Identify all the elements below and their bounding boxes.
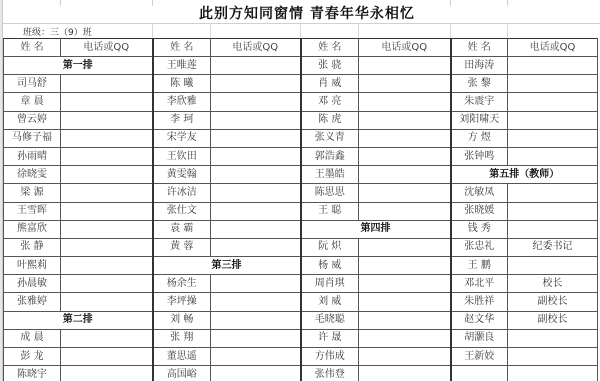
table-row: 张 静黄 蓉阮 炽张忠礼纪委书记 bbox=[4, 238, 598, 256]
name-cell[interactable]: 胡灏良 bbox=[451, 329, 508, 347]
phone-cell[interactable] bbox=[508, 257, 598, 275]
header-name: 姓 名 bbox=[153, 39, 211, 57]
phone-cell[interactable] bbox=[359, 93, 451, 111]
name-cell[interactable]: 叶熙莉 bbox=[4, 257, 61, 275]
phone-cell[interactable] bbox=[61, 184, 153, 202]
phone-cell[interactable] bbox=[508, 329, 598, 347]
phone-cell[interactable] bbox=[61, 75, 153, 93]
phone-cell[interactable] bbox=[508, 57, 598, 75]
phone-cell[interactable] bbox=[508, 184, 598, 202]
name-cell[interactable]: 钱 秀 bbox=[451, 220, 508, 238]
table-row: 曾云婷李 珂陈 虎刘阳啸天 bbox=[4, 111, 598, 129]
table-row: 王雪晖张仕文王 聪张晓媛 bbox=[4, 202, 598, 220]
sheet-title: 此别方知同窗情 青春年华永相忆 bbox=[199, 3, 415, 23]
name-cell[interactable]: 方 煜 bbox=[451, 129, 508, 147]
phone-cell[interactable] bbox=[359, 147, 451, 165]
name-cell[interactable]: 王雪晖 bbox=[4, 202, 61, 220]
phone-cell[interactable] bbox=[211, 57, 301, 75]
phone-cell[interactable] bbox=[61, 111, 153, 129]
name-cell[interactable]: 李欣雅 bbox=[153, 93, 211, 111]
name-cell[interactable]: 曾云婷 bbox=[4, 111, 61, 129]
roster-table: 姓 名 电话或QQ 姓 名 电话或QQ 姓 名 电话或QQ 姓 名 电话或QQ … bbox=[3, 38, 598, 381]
name-cell[interactable]: 孙雨晴 bbox=[4, 147, 61, 165]
name-cell[interactable]: 李 珂 bbox=[153, 111, 211, 129]
grid-line bbox=[300, 24, 301, 38]
phone-cell[interactable] bbox=[359, 329, 451, 347]
name-cell[interactable]: 张钟鸣 bbox=[451, 147, 508, 165]
table-row: 马修子福宋学友张义青方 煜 bbox=[4, 129, 598, 147]
class-info-row: 班级：三（9）班 bbox=[3, 24, 600, 38]
grid-line bbox=[507, 0, 508, 6]
phone-cell[interactable] bbox=[508, 111, 598, 129]
phone-cell[interactable] bbox=[211, 238, 301, 256]
table-row: 徐晓雯黄雯翰王墨皓第五排（教师） bbox=[4, 166, 598, 184]
name-cell[interactable]: 周肖琪 bbox=[301, 275, 359, 293]
phone-cell[interactable] bbox=[359, 111, 451, 129]
phone-cell[interactable] bbox=[61, 293, 153, 311]
header-phone: 电话或QQ bbox=[61, 39, 153, 57]
name-cell[interactable]: 阮 炽 bbox=[301, 238, 359, 256]
name-cell[interactable]: 董思遥 bbox=[153, 348, 211, 366]
spreadsheet: 此别方知同窗情 青春年华永相忆 班级：三（9）班 姓 名 电话或QQ 姓 名 电… bbox=[0, 0, 600, 381]
table-row: 彭 龙董思遥方伟成王新姣 bbox=[4, 348, 598, 366]
phone-cell[interactable] bbox=[508, 366, 598, 381]
name-cell[interactable]: 黄雯翰 bbox=[153, 166, 211, 184]
name-cell[interactable]: 陈晓宇 bbox=[4, 366, 61, 381]
phone-cell[interactable] bbox=[359, 184, 451, 202]
table-row: 司马舒陈 曦肖 威张 黎 bbox=[4, 75, 598, 93]
name-cell[interactable]: 马修子福 bbox=[4, 129, 61, 147]
table-row: 第二排刘 畅毛晓聪赵文华副校长 bbox=[4, 311, 598, 329]
name-cell[interactable]: 张 翔 bbox=[153, 329, 211, 347]
table-row: 梁 源许冰洁陈思思沈敏凤 bbox=[4, 184, 598, 202]
phone-cell[interactable] bbox=[359, 257, 451, 275]
name-cell[interactable]: 成 晨 bbox=[4, 329, 61, 347]
phone-cell[interactable]: 纪委书记 bbox=[508, 238, 598, 256]
name-cell[interactable]: 司马舒 bbox=[4, 75, 61, 93]
name-cell[interactable]: 杨 威 bbox=[301, 257, 359, 275]
section-heading[interactable]: 第五排（教师） bbox=[451, 166, 598, 184]
grid-line bbox=[60, 0, 61, 6]
name-cell[interactable]: 张 骁 bbox=[301, 57, 359, 75]
phone-cell[interactable] bbox=[359, 129, 451, 147]
name-cell[interactable]: 陈思思 bbox=[301, 184, 359, 202]
name-cell[interactable]: 王 鹏 bbox=[451, 257, 508, 275]
title-row: 此别方知同窗情 青春年华永相忆 bbox=[3, 0, 600, 24]
name-cell[interactable]: 朱胜祥 bbox=[451, 293, 508, 311]
phone-cell[interactable] bbox=[359, 75, 451, 93]
grid-line bbox=[152, 0, 153, 6]
phone-cell[interactable] bbox=[508, 220, 598, 238]
name-cell[interactable]: 张仕文 bbox=[153, 202, 211, 220]
phone-cell[interactable] bbox=[508, 129, 598, 147]
phone-cell[interactable] bbox=[61, 202, 153, 220]
header-name: 姓 名 bbox=[4, 39, 61, 57]
header-phone: 电话或QQ bbox=[508, 39, 598, 57]
name-cell[interactable]: 王新姣 bbox=[451, 348, 508, 366]
phone-cell[interactable] bbox=[61, 275, 153, 293]
phone-cell[interactable] bbox=[508, 93, 598, 111]
phone-cell[interactable] bbox=[359, 238, 451, 256]
phone-cell[interactable] bbox=[359, 275, 451, 293]
table-row: 章 晨李欣雅邓 亮朱震宇 bbox=[4, 93, 598, 111]
name-cell[interactable]: 许冰洁 bbox=[153, 184, 211, 202]
name-cell[interactable]: 邓北平 bbox=[451, 275, 508, 293]
name-cell[interactable]: 刘阳啸天 bbox=[451, 111, 508, 129]
name-cell[interactable]: 孙晨敏 bbox=[4, 275, 61, 293]
name-cell[interactable]: 刘 威 bbox=[301, 293, 359, 311]
name-cell[interactable]: 徐晓雯 bbox=[4, 166, 61, 184]
name-cell[interactable]: 章 晨 bbox=[4, 93, 61, 111]
phone-cell[interactable] bbox=[211, 129, 301, 147]
phone-cell[interactable] bbox=[211, 75, 301, 93]
name-cell[interactable]: 毛晓聪 bbox=[301, 311, 359, 329]
phone-cell[interactable] bbox=[359, 57, 451, 75]
name-cell[interactable]: 王 聪 bbox=[301, 202, 359, 220]
phone-cell[interactable] bbox=[359, 366, 451, 381]
name-cell[interactable]: 王钦田 bbox=[153, 147, 211, 165]
header-phone: 电话或QQ bbox=[359, 39, 451, 57]
name-cell[interactable]: 张义青 bbox=[301, 129, 359, 147]
phone-cell[interactable]: 校长 bbox=[508, 275, 598, 293]
section-heading[interactable]: 第二排 bbox=[4, 311, 153, 329]
roster-body: 第一排王唯莲张 骁田海涛司马舒陈 曦肖 威张 黎章 晨李欣雅邓 亮朱震宇曾云婷李… bbox=[4, 57, 598, 381]
header-name: 姓 名 bbox=[451, 39, 508, 57]
class-label: 班级：三（9）班 bbox=[23, 25, 92, 38]
phone-cell[interactable] bbox=[61, 329, 153, 347]
phone-cell[interactable] bbox=[359, 293, 451, 311]
section-heading[interactable]: 第三排 bbox=[153, 257, 301, 275]
name-cell[interactable]: 梁 源 bbox=[4, 184, 61, 202]
table-row: 张雅婷李坪操刘 威朱胜祥副校长 bbox=[4, 293, 598, 311]
table-row: 叶熙莉第三排杨 威王 鹏 bbox=[4, 257, 598, 275]
table-row: 熊富欣袁 霸第四排钱 秀 bbox=[4, 220, 598, 238]
phone-cell[interactable] bbox=[211, 111, 301, 129]
name-cell[interactable]: 赵文华 bbox=[451, 311, 508, 329]
phone-cell[interactable] bbox=[211, 184, 301, 202]
phone-cell[interactable] bbox=[61, 93, 153, 111]
phone-cell[interactable] bbox=[211, 166, 301, 184]
phone-cell[interactable]: 副校长 bbox=[508, 293, 598, 311]
phone-cell[interactable] bbox=[211, 93, 301, 111]
name-cell[interactable]: 陈 曦 bbox=[153, 75, 211, 93]
name-cell[interactable]: 方伟成 bbox=[301, 348, 359, 366]
name-cell[interactable]: 张 黎 bbox=[451, 75, 508, 93]
name-cell[interactable]: 田海涛 bbox=[451, 57, 508, 75]
name-cell[interactable]: 刘 畅 bbox=[153, 311, 211, 329]
phone-cell[interactable] bbox=[61, 220, 153, 238]
phone-cell[interactable]: 副校长 bbox=[508, 311, 598, 329]
name-cell[interactable]: 郭浩鑫 bbox=[301, 147, 359, 165]
phone-cell[interactable] bbox=[61, 257, 153, 275]
table-row: 成 晨张 翔许 晟胡灏良 bbox=[4, 329, 598, 347]
name-cell[interactable]: 肖 威 bbox=[301, 75, 359, 93]
name-cell[interactable]: 张忠礼 bbox=[451, 238, 508, 256]
phone-cell[interactable] bbox=[211, 202, 301, 220]
name-cell[interactable]: 邓 亮 bbox=[301, 93, 359, 111]
phone-cell[interactable] bbox=[359, 202, 451, 220]
phone-cell[interactable] bbox=[61, 238, 153, 256]
grid-line bbox=[450, 0, 451, 6]
section-heading[interactable]: 第四排 bbox=[301, 220, 451, 238]
name-cell[interactable]: 宋学友 bbox=[153, 129, 211, 147]
phone-cell[interactable] bbox=[211, 366, 301, 381]
name-cell[interactable]: 杨余生 bbox=[153, 275, 211, 293]
phone-cell[interactable] bbox=[508, 348, 598, 366]
name-cell[interactable]: 张晓媛 bbox=[451, 202, 508, 220]
phone-cell[interactable] bbox=[61, 366, 153, 381]
name-cell[interactable]: 张 静 bbox=[4, 238, 61, 256]
name-cell[interactable]: 袁 霸 bbox=[153, 220, 211, 238]
header-phone: 电话或QQ bbox=[211, 39, 301, 57]
phone-cell[interactable] bbox=[61, 147, 153, 165]
table-row: 第一排王唯莲张 骁田海涛 bbox=[4, 57, 598, 75]
phone-cell[interactable] bbox=[211, 348, 301, 366]
phone-cell[interactable] bbox=[211, 311, 301, 329]
phone-cell[interactable] bbox=[211, 147, 301, 165]
name-cell[interactable]: 沈敏凤 bbox=[451, 184, 508, 202]
table-row: 孙雨晴王钦田郭浩鑫张钟鸣 bbox=[4, 147, 598, 165]
header-name: 姓 名 bbox=[301, 39, 359, 57]
phone-cell[interactable] bbox=[508, 202, 598, 220]
name-cell[interactable]: 黄 蓉 bbox=[153, 238, 211, 256]
phone-cell[interactable] bbox=[211, 275, 301, 293]
name-cell[interactable]: 彭 龙 bbox=[4, 348, 61, 366]
phone-cell[interactable] bbox=[211, 220, 301, 238]
name-cell[interactable]: 高国峪 bbox=[153, 366, 211, 381]
phone-cell[interactable] bbox=[359, 311, 451, 329]
grid-line bbox=[450, 24, 451, 38]
name-cell[interactable]: 熊富欣 bbox=[4, 220, 61, 238]
grid-line bbox=[152, 24, 153, 38]
grid-line bbox=[507, 24, 508, 38]
section-heading[interactable]: 第一排 bbox=[4, 57, 153, 75]
grid-line bbox=[358, 24, 359, 38]
name-cell[interactable]: 李坪操 bbox=[153, 293, 211, 311]
name-cell[interactable]: 陈 虎 bbox=[301, 111, 359, 129]
phone-cell[interactable] bbox=[61, 129, 153, 147]
phone-cell[interactable] bbox=[359, 166, 451, 184]
grid-line bbox=[210, 24, 211, 38]
name-cell[interactable]: 王墨皓 bbox=[301, 166, 359, 184]
phone-cell[interactable] bbox=[359, 348, 451, 366]
phone-cell[interactable] bbox=[508, 147, 598, 165]
header-row: 姓 名 电话或QQ 姓 名 电话或QQ 姓 名 电话或QQ 姓 名 电话或QQ bbox=[4, 39, 598, 57]
name-cell[interactable]: 许 晟 bbox=[301, 329, 359, 347]
phone-cell[interactable] bbox=[211, 329, 301, 347]
phone-cell[interactable] bbox=[211, 293, 301, 311]
phone-cell[interactable] bbox=[508, 75, 598, 93]
phone-cell[interactable] bbox=[61, 166, 153, 184]
table-row: 孙晨敏杨余生周肖琪邓北平校长 bbox=[4, 275, 598, 293]
name-cell[interactable]: 张伟登 bbox=[301, 366, 359, 381]
name-cell[interactable]: 朱震宇 bbox=[451, 93, 508, 111]
table-row: 陈晓宇高国峪张伟登 bbox=[4, 366, 598, 381]
name-cell[interactable]: 王唯莲 bbox=[153, 57, 211, 75]
phone-cell[interactable] bbox=[61, 348, 153, 366]
name-cell[interactable] bbox=[451, 366, 508, 381]
name-cell[interactable]: 张雅婷 bbox=[4, 293, 61, 311]
